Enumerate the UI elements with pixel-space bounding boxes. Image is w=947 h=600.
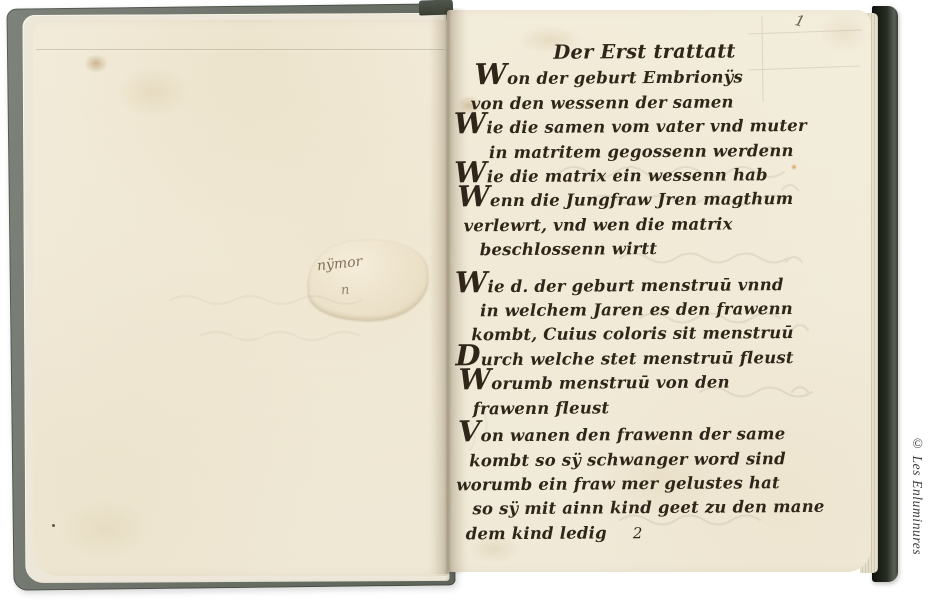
manuscript-line: beschlossenn wirtt xyxy=(480,236,863,263)
manuscript-line: so sÿ mit ainn kind geet zu den mane xyxy=(472,495,864,522)
manuscript-line: Der Erst trattatt xyxy=(553,39,861,66)
manuscript-line: Durch welche stet menstruū fleust xyxy=(455,345,863,372)
manuscript-line-text: dem kind ledig xyxy=(466,523,607,543)
manuscript-line: Wenn die Jungfraw Jren magthum xyxy=(457,187,862,214)
manuscript-line: in welchem Jaren es den frawenn xyxy=(480,297,863,324)
manuscript-text-column: Der Erst trattatt Won der geburt Embrion… xyxy=(453,39,865,547)
manuscript-line: Wie die samen vom vater vnd muter xyxy=(454,114,862,141)
left-page-crease xyxy=(36,49,444,50)
quire-mark: 2 xyxy=(633,524,643,542)
manuscript-line: Wie die matrix ein wessenn hab xyxy=(454,163,862,190)
manuscript-line: kombt so sÿ schwanger word sind xyxy=(469,446,864,473)
manuscript-line: frawenn fleust xyxy=(473,394,864,421)
photo-credit: © Les Enluminures xyxy=(909,436,925,555)
patch-fragment-text-2: n xyxy=(340,283,350,299)
manuscript-line: dem kind ledig2 xyxy=(466,519,865,546)
manuscript-line: kombt, Cuius coloris sit menstruū xyxy=(471,321,863,348)
manuscript-line: Worumb menstruū von den xyxy=(459,370,864,397)
manuscript-line: in matritem gegossenn werdenn xyxy=(489,138,862,165)
manuscript-line: worumb ein fraw mer gelustes hat xyxy=(456,470,864,497)
manuscript-line: Wie d. der geburt menstruū vnnd xyxy=(455,272,863,299)
manuscript-line: Won der geburt Embrionÿs xyxy=(474,65,861,92)
manuscript-line: von den wessenn der samen xyxy=(471,89,862,116)
photo-background: nÿmor n 1 xyxy=(0,0,947,600)
manuscript-line: Von wanen den frawenn der same xyxy=(458,422,864,449)
manuscript-line: verlewrt, vnd wen die matrix xyxy=(463,211,862,238)
